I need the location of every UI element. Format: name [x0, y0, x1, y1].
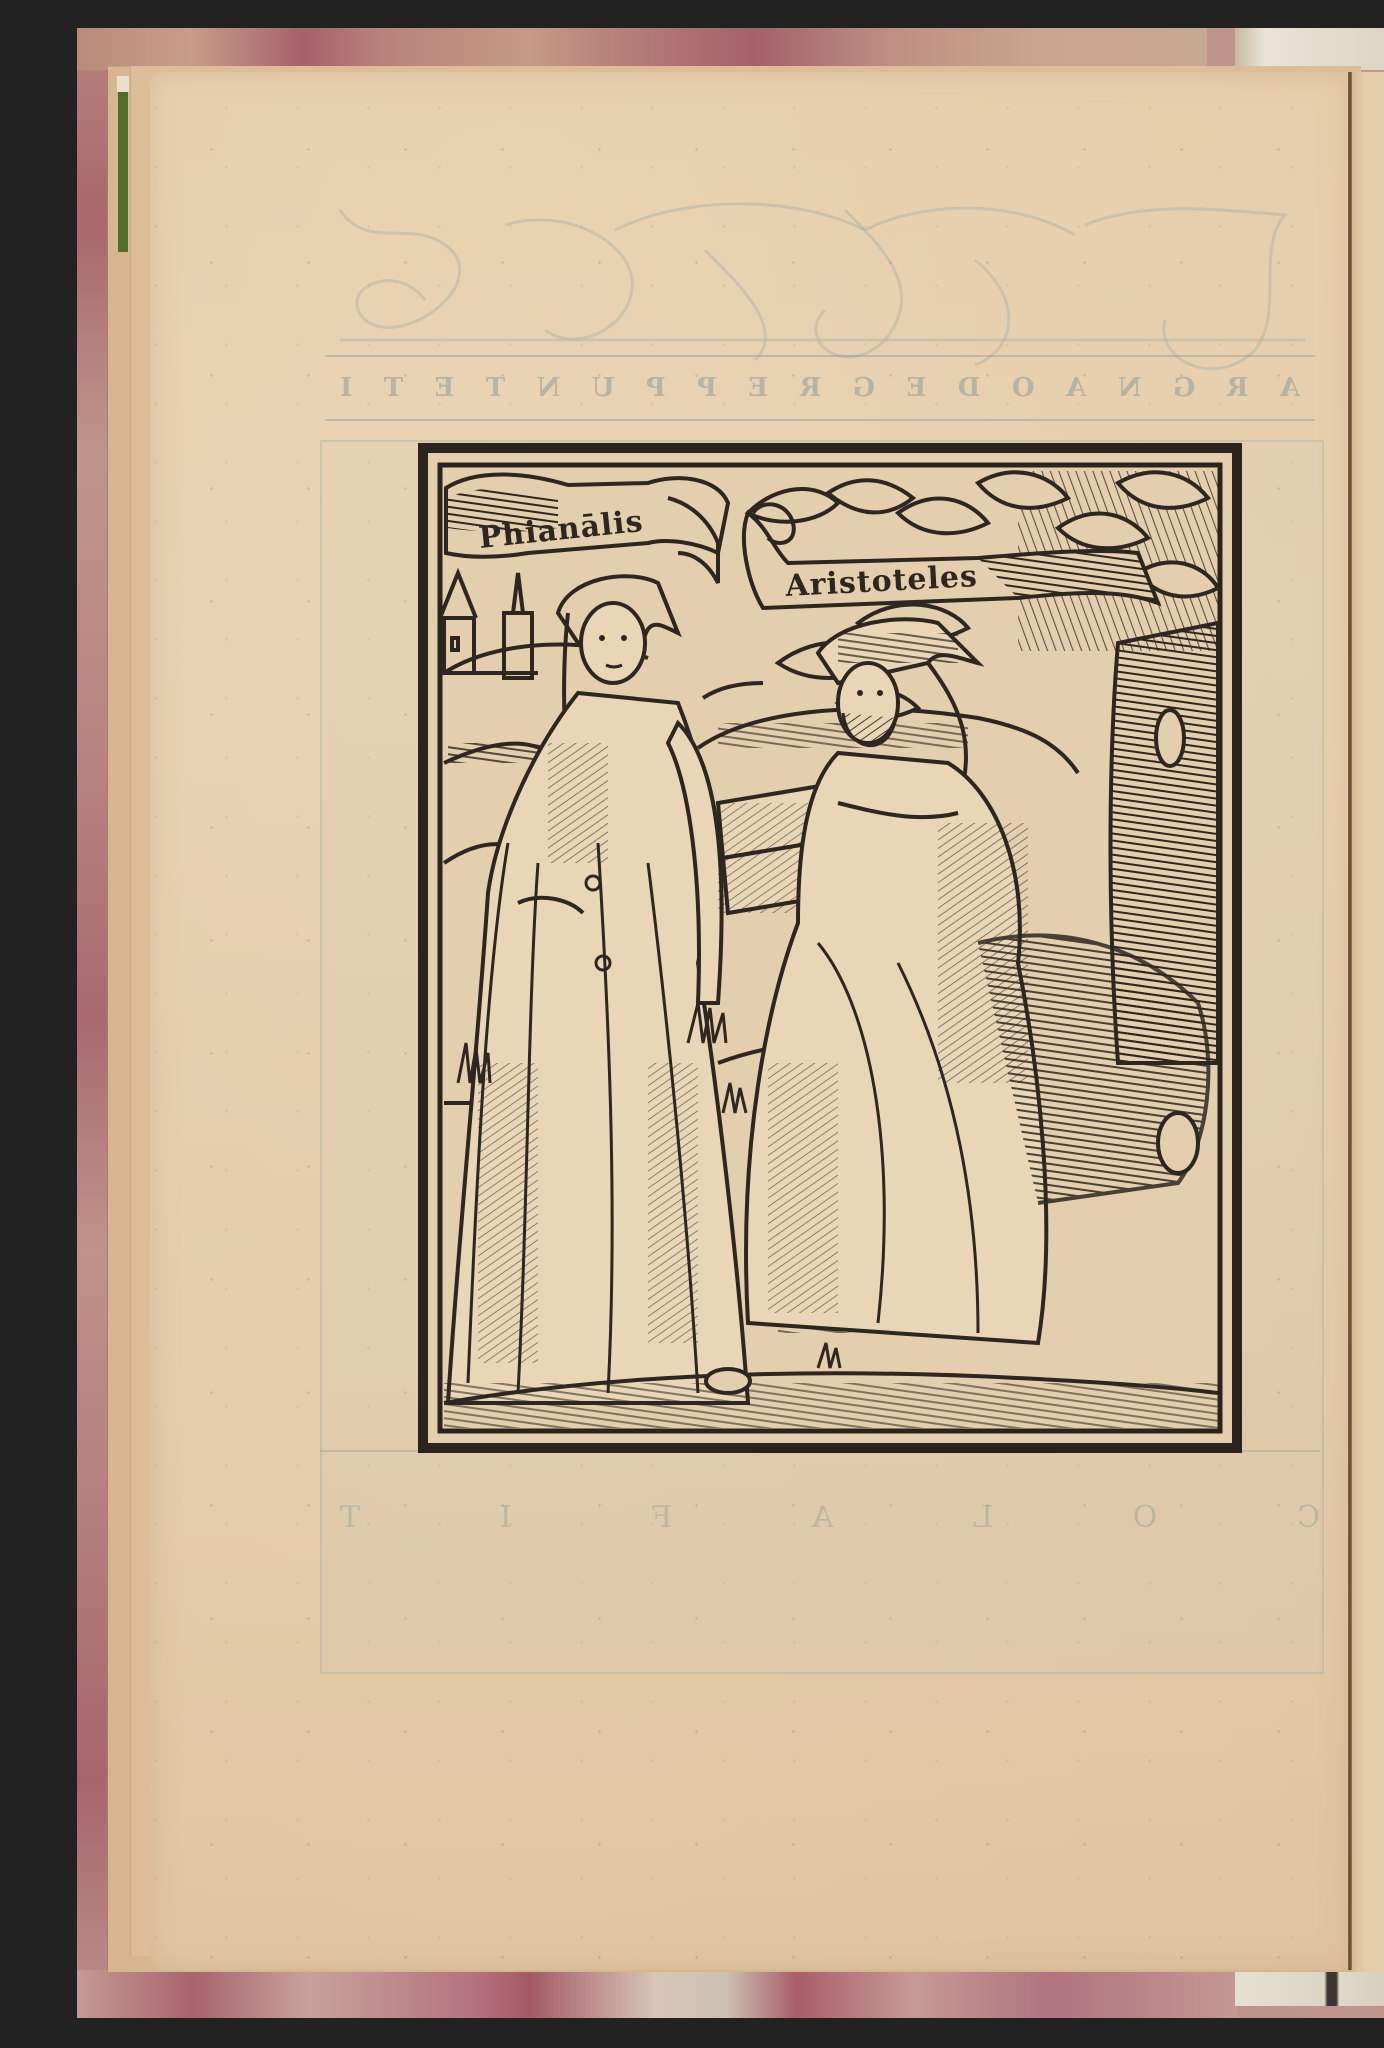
spine-cloth-top	[1235, 28, 1384, 70]
page-gutter	[1348, 72, 1352, 1970]
show-through-ornament-bottom	[320, 1450, 1320, 1667]
cover-bottom-edge	[77, 1970, 1237, 2018]
spine-cloth-bottom	[1235, 1972, 1384, 2006]
woodcut-illustration: Phianālis Aristoteles	[418, 443, 1242, 1453]
show-through-title-letters: A R G N A O D E G R E P P U N T E T I	[340, 370, 1300, 406]
cover-top-edge	[77, 28, 1207, 70]
facing-page-edge	[1351, 72, 1384, 1972]
cover-left-edge	[77, 70, 107, 1970]
green-endpaper-strip	[118, 92, 128, 252]
endpaper-strip-cap	[117, 76, 129, 92]
show-through-bottom-letters: C O L A F I T	[340, 1500, 1320, 1540]
